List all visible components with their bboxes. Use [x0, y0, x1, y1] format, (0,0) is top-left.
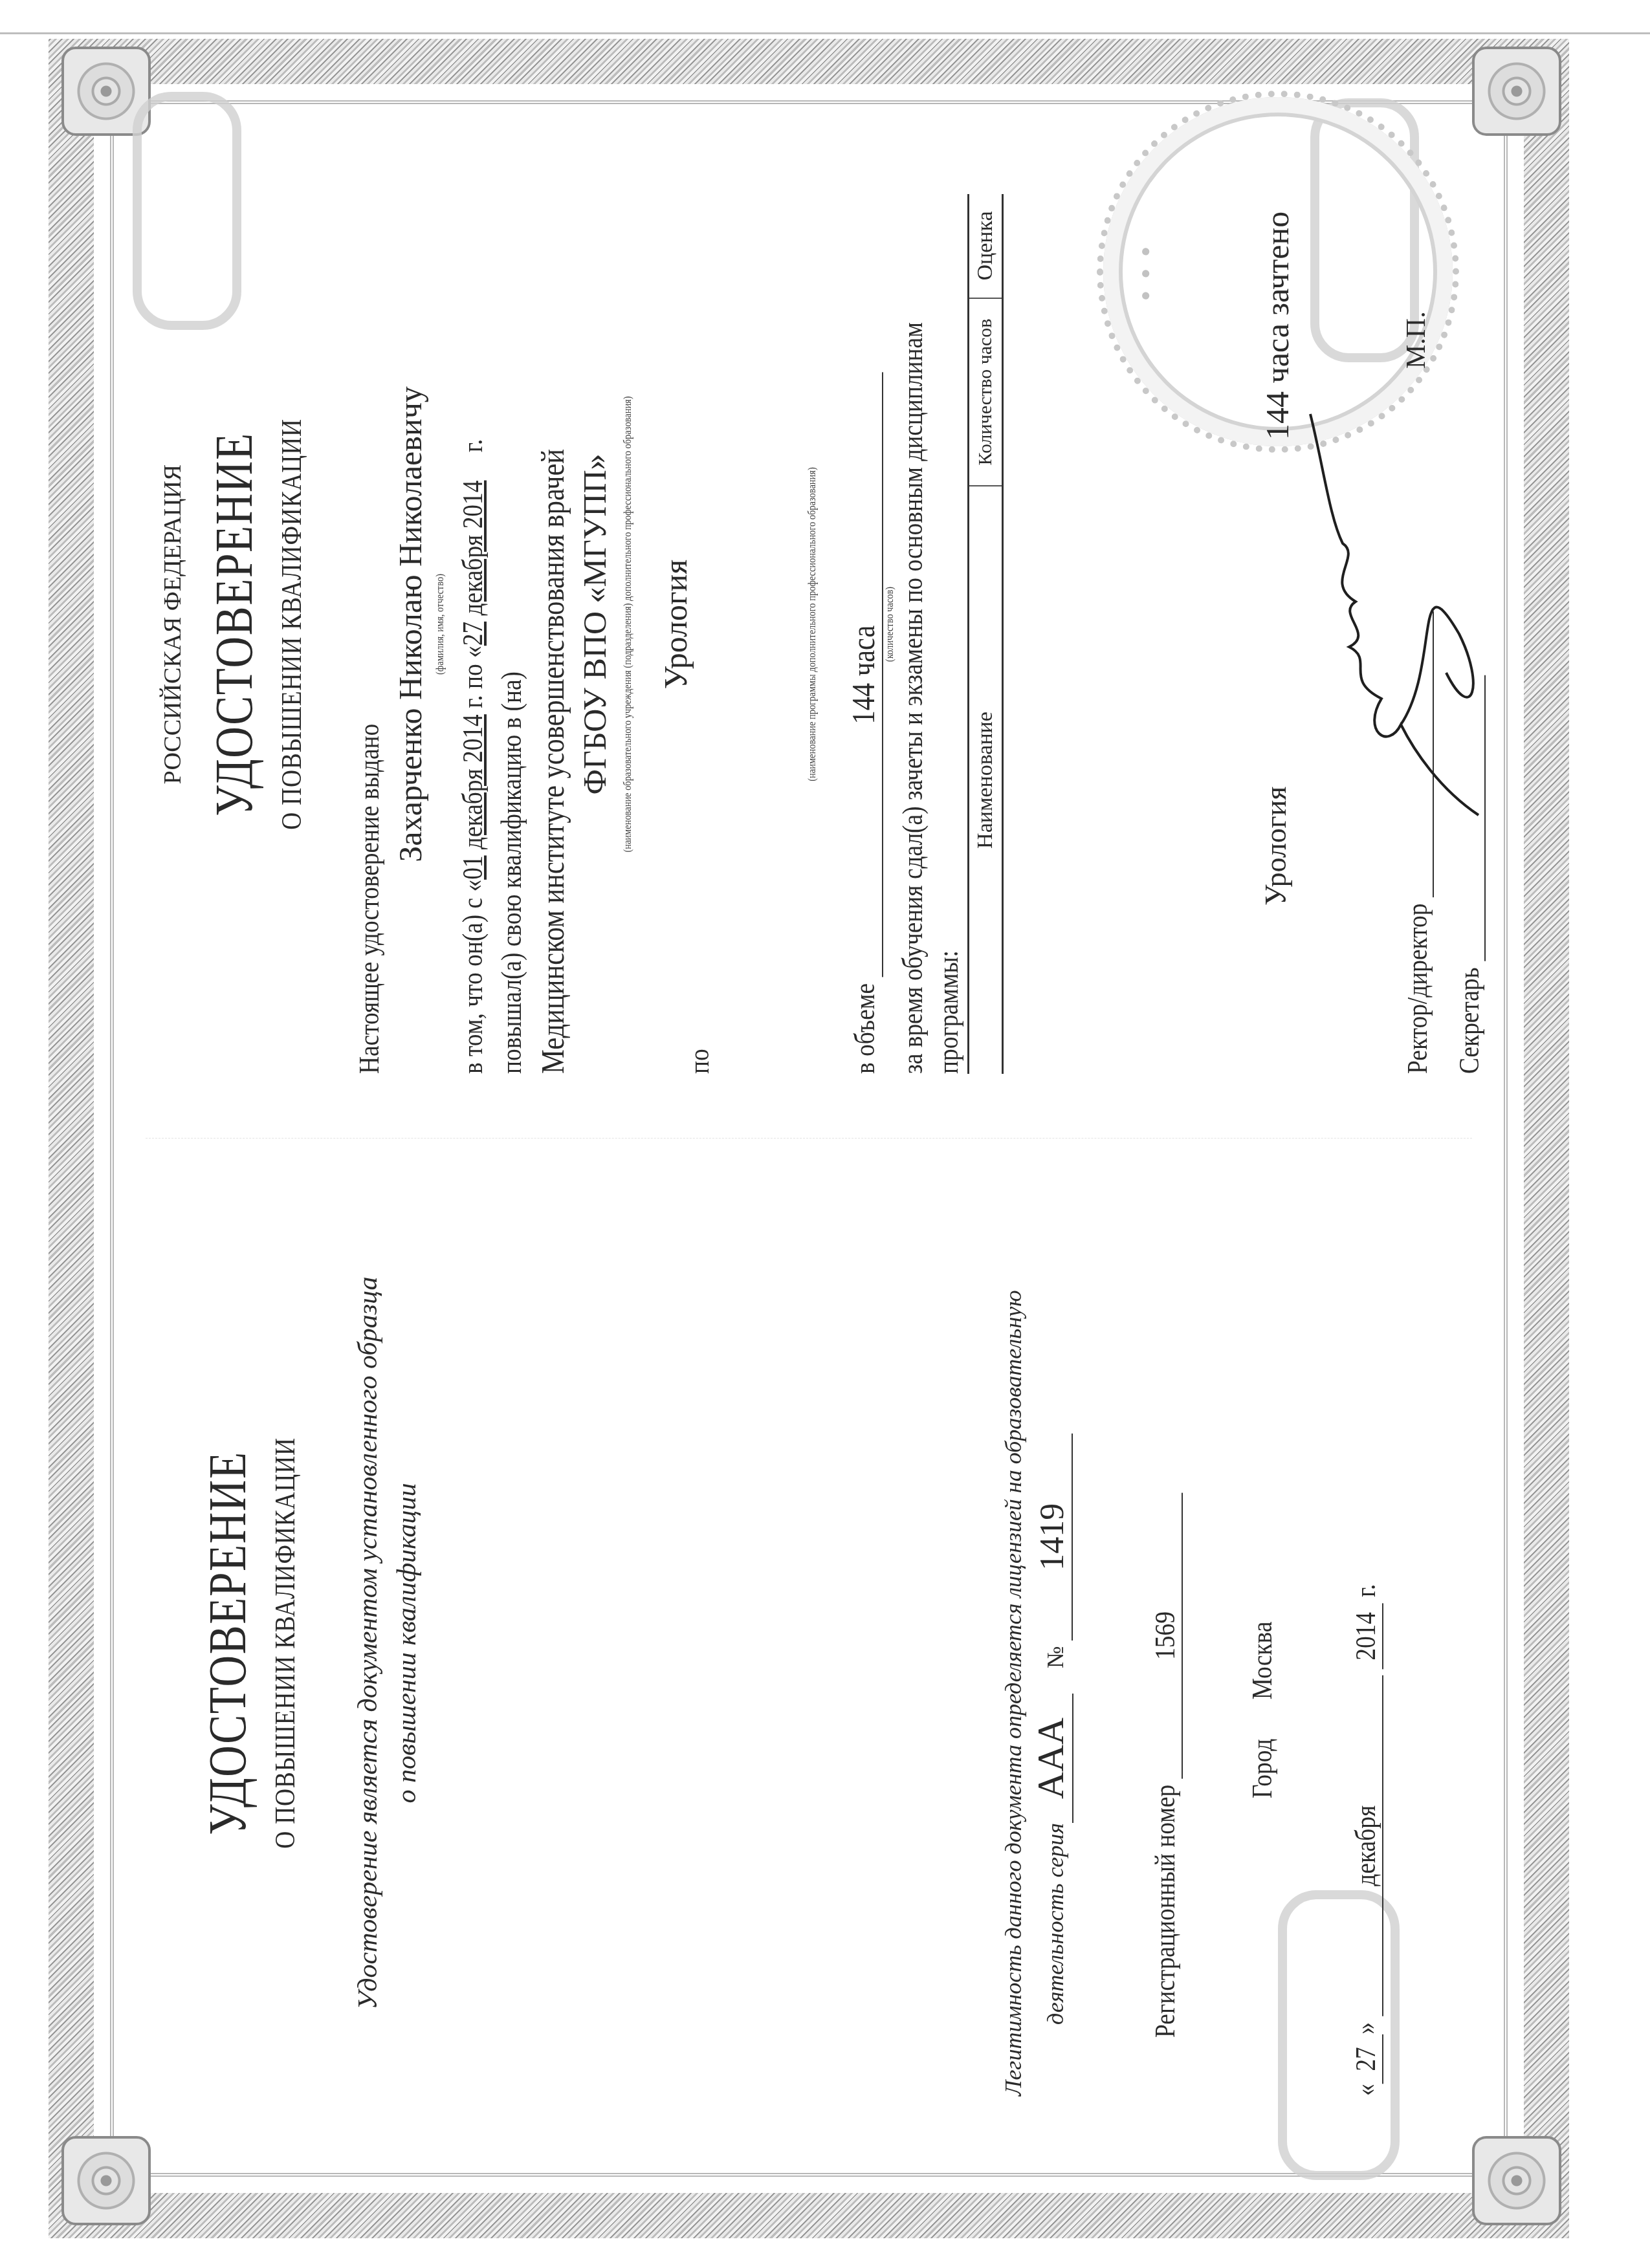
license-prefix: деятельность серия [1042, 1823, 1068, 2025]
year-suffix: г. [1350, 1584, 1381, 1597]
seal-label: М.П. [1401, 311, 1432, 369]
issue-year: 2014 [1349, 1603, 1383, 1669]
rector-label: Ректор/директор [1402, 904, 1433, 1074]
license-line1: Легитимность данного документа определяе… [1000, 1290, 1027, 2096]
program-name: Урология [657, 149, 694, 1100]
period-row: в том, что он(а) с «01 декабря 2014 г. п… [456, 439, 489, 1074]
country-name: РОССИЙСКАЯ ФЕДЕРАЦИЯ [159, 149, 187, 1100]
document-note-line1: Удостоверение является документом устано… [353, 1164, 384, 2122]
left-page: УДОСТОВЕРЕНИЕ О ПОВЫШЕНИИ КВАЛИФИКАЦИИ У… [159, 1164, 1459, 2122]
registration-row: Регистрационный номер 1569 [1149, 1492, 1183, 2038]
left-subtitle: О ПОВЫШЕНИИ КВАЛИФИКАЦИИ [269, 1236, 302, 2050]
volume-caption: (количество часов) [883, 220, 896, 1029]
issued-to-label: Настоящее удостоверение выдано [353, 724, 386, 1074]
secretary-row: Секретарь [1453, 675, 1486, 1074]
license-series: ААА [1029, 1694, 1073, 1823]
institution-line2: ФГБОУ ВПО «МГУПП» [576, 149, 613, 1100]
period-from-day: 01 [457, 855, 489, 879]
institution-line1: Медицинском институте усовершенствования… [534, 449, 571, 1074]
right-page: РОССИЙСКАЯ ФЕДЕРАЦИЯ УДОСТОВЕРЕНИЕ О ПОВ… [159, 149, 1459, 1100]
license-number-label: № [1042, 1646, 1068, 1668]
header-hours: Количество часов [969, 298, 1003, 486]
page-fold [146, 1138, 1472, 1139]
issue-day: 27 [1349, 2034, 1383, 2084]
exams-line2: программы: [932, 950, 965, 1074]
improved-line: повышал(а) свою квалификацию в (на) [495, 671, 528, 1074]
program-caption: (наименование программы дополнительного … [806, 220, 819, 1029]
institution-caption: (наименование образовательного учреждени… [621, 220, 634, 1029]
license-line2: деятельность серияААА № 1419 [1029, 1434, 1073, 2025]
registration-label: Регистрационный номер [1149, 1785, 1181, 2038]
disciplines-table: Наименование Количество часов Оценка [967, 194, 1004, 1074]
left-title: УДОСТОВЕРЕНИЕ [197, 1250, 258, 2036]
period-from-month: декабря 2014 [457, 714, 489, 849]
quote-open: « [1350, 2084, 1381, 2096]
volume-value: 144 часа [844, 373, 883, 977]
period-to-day: 27 [457, 622, 489, 646]
issue-date: «27» декабря 2014 г. [1349, 1584, 1383, 2096]
issue-month: декабря [1349, 1675, 1383, 2016]
period-mid: г. по « [457, 646, 489, 708]
right-title: УДОСТОВЕРЕНИЕ [204, 234, 265, 1014]
seal-ring-text: ● ● ● [1136, 97, 1155, 446]
corner-rosette-icon [1472, 47, 1561, 136]
city-value: Москва [1246, 1622, 1278, 1700]
name-caption: (фамилия, имя, отчество) [434, 220, 446, 1029]
quote-close: » [1350, 2022, 1381, 2034]
secretary-label: Секретарь [1453, 967, 1485, 1074]
header-name: Наименование [969, 486, 1003, 1074]
scan-edge [0, 32, 1650, 34]
right-subtitle: О ПОВЫШЕНИИ КВАЛИФИКАЦИИ [275, 220, 308, 1029]
city-row: Город Москва [1246, 1622, 1279, 1798]
secretary-signature-line [1460, 675, 1486, 961]
volume-row: в объеме 144 часа [844, 373, 883, 1074]
period-prefix: в том, что он(а) с « [457, 880, 489, 1074]
document-note-line2: о повышении квалификации [391, 1164, 423, 2122]
table-header-row: Наименование Количество часов Оценка [969, 194, 1003, 1074]
corner-rosette-icon [1472, 2136, 1561, 2225]
recipient-name: Захарченко Николаю Николаевичу [391, 149, 429, 1100]
license-number: 1419 [1033, 1434, 1073, 1641]
city-label: Город [1246, 1739, 1278, 1798]
volume-prefix: в объеме [849, 983, 881, 1074]
registration-number: 1569 [1149, 1492, 1183, 1778]
corner-rosette-icon [61, 2136, 151, 2225]
period-to-month: декабря 2014 [457, 481, 489, 616]
period-suffix: г. [457, 439, 489, 452]
exams-line1: за время обучения сдал(а) зачеты и экзам… [896, 322, 929, 1074]
certificate-sheet: УДОСТОВЕРЕНИЕ О ПОВЫШЕНИИ КВАЛИФИКАЦИИ У… [49, 39, 1569, 2238]
header-grade: Оценка [969, 194, 1003, 298]
